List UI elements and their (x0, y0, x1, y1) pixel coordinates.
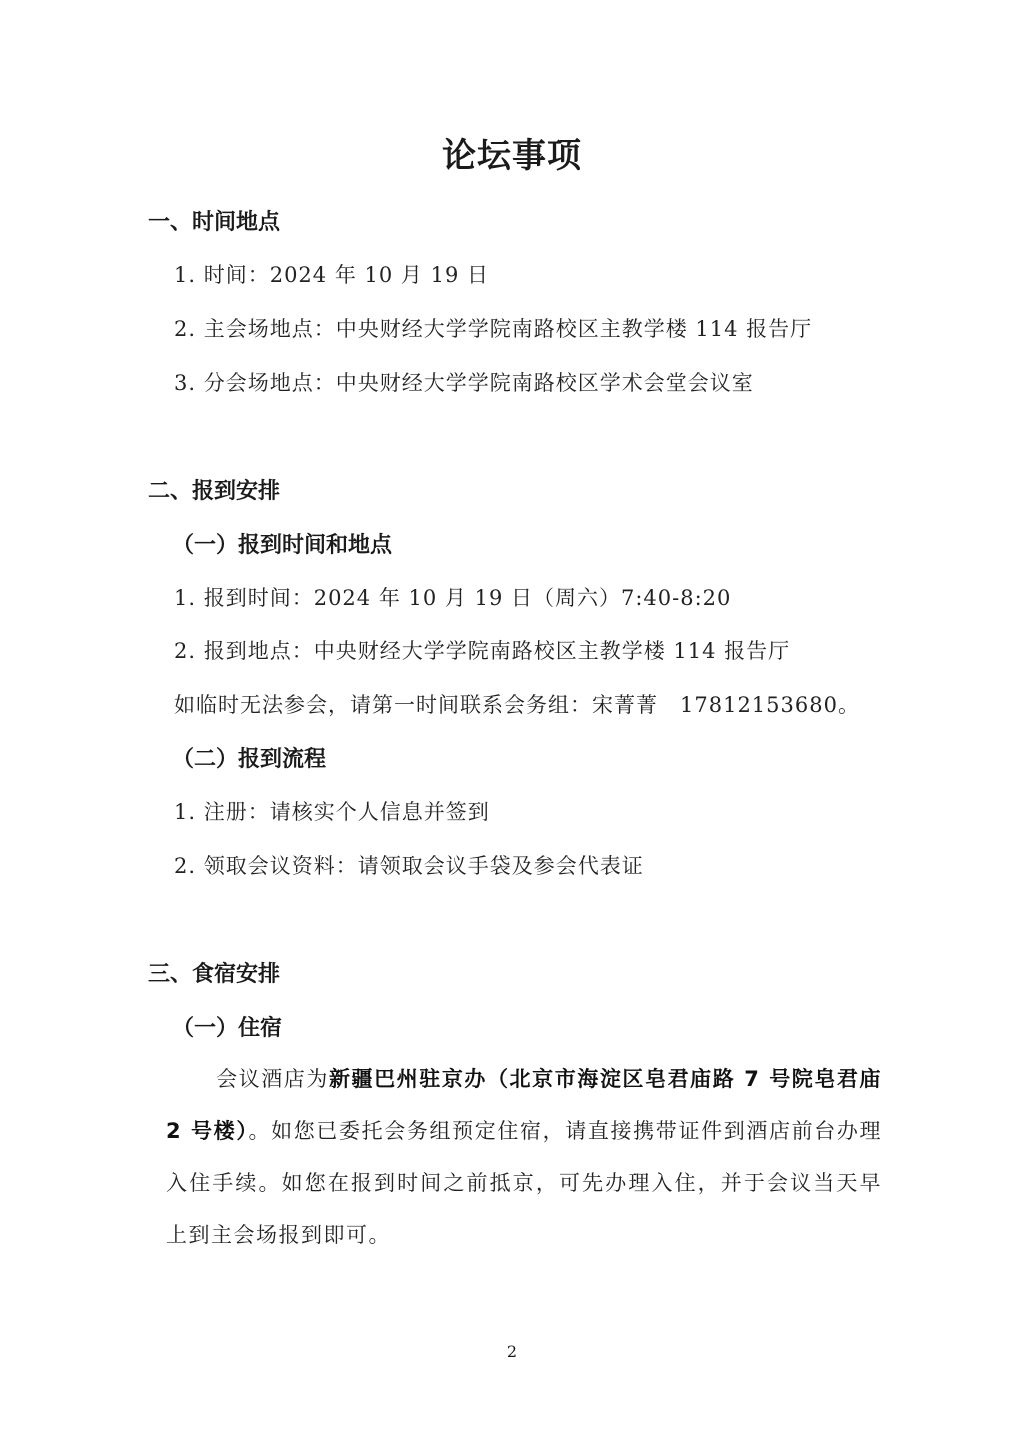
subsection-heading: （一）住宿 (172, 1011, 282, 1042)
subsection-heading: （二）报到流程 (172, 742, 326, 773)
section-heading-registration: 二、报到安排 (148, 474, 280, 505)
paragraph-lead: 会议酒店为 (216, 1067, 329, 1091)
list-item: 3. 分会场地点：中央财经大学学院南路校区学术会堂会议室 (174, 367, 754, 397)
list-item: 2. 主会场地点：中央财经大学学院南路校区主教学楼 114 报告厅 (174, 313, 812, 343)
accommodation-paragraph: 会议酒店为新疆巴州驻京办（北京市海淀区皂君庙路 7 号院皂君庙 2 号楼）。如您… (166, 1053, 882, 1261)
section-heading-time-place: 一、时间地点 (148, 205, 280, 236)
contact-note: 如临时无法参会，请第一时间联系会务组：宋菁菁 17812153680。 (174, 689, 860, 719)
list-item: 1. 注册：请核实个人信息并签到 (174, 796, 490, 826)
section-heading-accommodation: 三、食宿安排 (148, 957, 280, 988)
list-item: 2. 领取会议资料：请领取会议手袋及参会代表证 (174, 850, 644, 880)
paragraph-rest: 。如您已委托会务组预定住宿，请直接携带证件到酒店前台办理入住手续。如您在报到时间… (166, 1119, 882, 1247)
list-item: 2. 报到地点：中央财经大学学院南路校区主教学楼 114 报告厅 (174, 635, 790, 665)
subsection-heading: （一）报到时间和地点 (172, 528, 392, 559)
list-item: 1. 时间：2024 年 10 月 19 日 (174, 259, 489, 289)
page-title: 论坛事项 (0, 128, 1024, 177)
list-item: 1. 报到时间：2024 年 10 月 19 日（周六）7:40-8:20 (174, 582, 731, 612)
page-number: 2 (0, 1342, 1024, 1361)
